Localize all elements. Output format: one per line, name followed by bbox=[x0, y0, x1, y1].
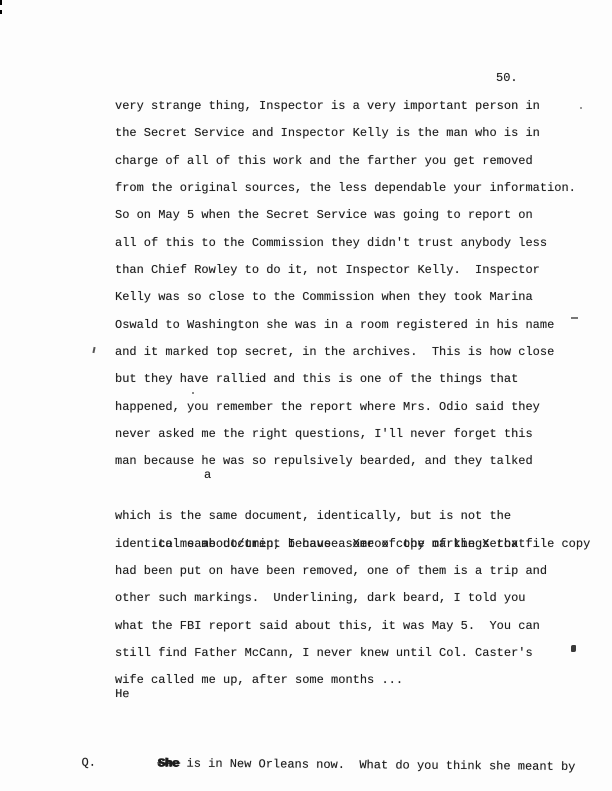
body-text: very strange thing, Inspector is a very … bbox=[115, 93, 609, 722]
text-line: other such markings. Underlining, dark b… bbox=[115, 585, 609, 612]
overstruck-word: She bbox=[158, 756, 180, 770]
typed-insertion-a: a bbox=[204, 469, 211, 481]
text-line: which is the same document, identically,… bbox=[115, 503, 609, 530]
document-page: 50. very strange thing, Inspector is a v… bbox=[0, 0, 612, 791]
text-line: man because he was so repulsively bearde… bbox=[115, 448, 609, 475]
text-line: than Chief Rowley to do it, not Inspecto… bbox=[115, 257, 609, 284]
typed-insertion-he: He bbox=[115, 688, 130, 700]
scan-artifact bbox=[0, 0, 2, 5]
page-number: 50. bbox=[496, 71, 518, 85]
text-line: very strange thing, Inspector is a very … bbox=[115, 93, 609, 120]
text-line: all of this to the Commission they didn'… bbox=[115, 230, 609, 257]
question-text: is in New Orleans now. What do you think… bbox=[179, 756, 575, 773]
text-line: had been put on have been removed, one o… bbox=[115, 558, 609, 585]
scan-artifact bbox=[0, 10, 2, 14]
text-line: Kelly was so close to the Commission whe… bbox=[115, 284, 609, 311]
text-line: never asked me the right questions, I'll… bbox=[115, 421, 609, 448]
scan-artifact bbox=[571, 645, 576, 652]
text-line: but they have rallied and this is one of… bbox=[115, 366, 609, 393]
scan-artifact bbox=[571, 317, 578, 319]
text-line: still find Father McCann, I never knew u… bbox=[115, 640, 609, 667]
text-line: happened, you remember the report where … bbox=[115, 394, 609, 421]
text-line: wife called me up, after some months ... bbox=[115, 667, 609, 694]
question-label: Q. bbox=[81, 749, 96, 776]
text-line-with-insertion: a to me about/trip, I have a Xerox copy … bbox=[115, 476, 609, 503]
text-line: the Secret Service and Inspector Kelly i… bbox=[115, 120, 609, 147]
text-line: what the FBI report said about this, it … bbox=[115, 613, 609, 640]
text-line: identical same document because some of … bbox=[115, 531, 609, 558]
text-line: Oswald to Washington she was in a room r… bbox=[115, 312, 609, 339]
text-line: and it marked top secret, in the archive… bbox=[115, 339, 609, 366]
scan-artifact bbox=[192, 392, 194, 394]
scan-artifact bbox=[580, 107, 582, 109]
scan-artifact bbox=[92, 347, 95, 353]
text-line: charge of all of this work and the farth… bbox=[115, 148, 609, 175]
text-line: So on May 5 when the Secret Service was … bbox=[115, 202, 609, 229]
question-line: He Q.She is in New Orleans now. What do … bbox=[115, 695, 609, 727]
text-line: from the original sources, the less depe… bbox=[115, 175, 609, 202]
